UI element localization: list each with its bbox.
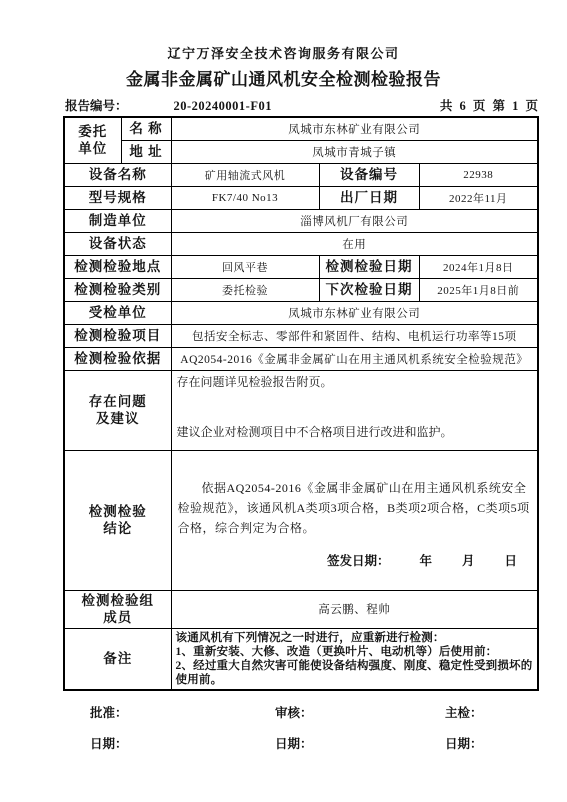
row-model: 型号规格 FK7/40 No13 出厂日期 2022年11月: [64, 186, 538, 209]
approve-date-label: 日期：: [90, 737, 275, 752]
sign-date-row: 签发日期： 年 月 日: [176, 551, 534, 569]
manufacturer-label: 制造单位: [64, 209, 171, 232]
device-name-value: 矿用轴流式风机: [171, 163, 319, 186]
next-date-label: 下次检验日期: [319, 278, 419, 301]
manufacturer-value: 淄博风机厂有限公司: [171, 209, 538, 232]
row-manufacturer: 制造单位 淄博风机厂有限公司: [64, 209, 538, 232]
row-inspection-place: 检测检验地点 回风平巷 检测检验日期 2024年1月8日: [64, 255, 538, 278]
remarks-label: 备注: [64, 628, 171, 690]
name-value: 凤城市东林矿业有限公司: [171, 117, 538, 140]
document-header: 辽宁万泽安全技术咨询服务有限公司 金属非金属矿山通风机安全检测检验报告 报告编号…: [0, 0, 567, 114]
inspected-unit-label: 受检单位: [64, 301, 171, 324]
row-problems: 存在问题 及建议 存在问题详见检验报告附页。 建议企业对检测项目中不合格项目进行…: [64, 370, 538, 450]
signature-footer: 批准： 审核： 主检： 日期： 日期： 日期：: [90, 706, 567, 752]
remarks-line-3: 2、经过重大自然灾害可能使设备结构强度、刚度、稳定性受到损坏的使用前。: [176, 659, 534, 687]
conclusion-text: 依据AQ2054-2016《金属非金属矿山在用主通风机系统安全检验规范》，该通风…: [178, 478, 532, 538]
factory-date-label: 出厂日期: [319, 186, 419, 209]
device-name-label: 设备名称: [64, 163, 171, 186]
company-name: 辽宁万泽安全技术咨询服务有限公司: [0, 46, 567, 62]
team-value: 高云鹏、程帅: [171, 590, 538, 628]
sign-date-label: 签发日期：: [327, 551, 390, 569]
row-team: 检测检验组 成员 高云鹏、程帅: [64, 590, 538, 628]
entrust-unit-label: 委托 单位: [64, 117, 121, 163]
problems-line-1: 存在问题详见检验报告附页。: [174, 375, 536, 390]
approve-label: 批准：: [90, 706, 275, 721]
report-number-value: 20-20240001-F01: [174, 99, 272, 114]
review-label: 审核：: [275, 706, 445, 721]
report-number-label: 报告编号：: [65, 99, 128, 114]
next-date-value: 2025年1月8日前: [419, 278, 538, 301]
row-inspection-items: 检测检验项目 包括安全标志、零部件和紧固件、结构、电机运行功率等15项: [64, 324, 538, 347]
review-date-label: 日期：: [275, 737, 445, 752]
row-conclusion: 检测检验 结论 依据AQ2054-2016《金属非金属矿山在用主通风机系统安全检…: [64, 450, 538, 590]
device-status-value: 在用: [171, 232, 538, 255]
sign-month-label: 月: [462, 551, 475, 569]
problems-value: 存在问题详见检验报告附页。 建议企业对检测项目中不合格项目进行改进和监护。: [171, 370, 538, 450]
inspection-basis-label: 检测检验依据: [64, 347, 171, 370]
inspected-unit-value: 凤城市东林矿业有限公司: [171, 301, 538, 324]
inspection-type-value: 委托检验: [171, 278, 319, 301]
device-no-label: 设备编号: [319, 163, 419, 186]
row-device-name: 设备名称 矿用轴流式风机 设备编号 22938: [64, 163, 538, 186]
report-number-row: 报告编号： 20-20240001-F01 共 6 页 第 1 页: [65, 99, 540, 114]
model-value: FK7/40 No13: [171, 186, 319, 209]
inspection-items-value: 包括安全标志、零部件和紧固件、结构、电机运行功率等15项: [171, 324, 538, 347]
name-label: 名 称: [121, 117, 171, 140]
inspection-report-page: 辽宁万泽安全技术咨询服务有限公司 金属非金属矿山通风机安全检测检验报告 报告编号…: [0, 0, 567, 802]
conclusion-label: 检测检验 结论: [64, 450, 171, 590]
page-count: 共 6 页 第 1 页: [440, 99, 540, 114]
inspection-date-label: 检测检验日期: [319, 255, 419, 278]
sign-day-label: 日: [505, 551, 518, 569]
device-status-label: 设备状态: [64, 232, 171, 255]
inspection-type-label: 检测检验类别: [64, 278, 171, 301]
model-label: 型号规格: [64, 186, 171, 209]
factory-date-value: 2022年11月: [419, 186, 538, 209]
inspection-place-label: 检测检验地点: [64, 255, 171, 278]
row-entrust-name: 委托 单位 名 称 凤城市东林矿业有限公司: [64, 117, 538, 140]
problems-line-2: 建议企业对检测项目中不合格项目进行改进和监护。: [174, 425, 536, 440]
row-inspected-unit: 受检单位 凤城市东林矿业有限公司: [64, 301, 538, 324]
device-no-value: 22938: [419, 163, 538, 186]
problems-label: 存在问题 及建议: [64, 370, 171, 450]
report-table: 委托 单位 名 称 凤城市东林矿业有限公司 地 址 凤城市青城子镇 设备名称 矿…: [63, 116, 539, 691]
inspection-place-value: 回风平巷: [171, 255, 319, 278]
team-label: 检测检验组 成员: [64, 590, 171, 628]
report-title: 金属非金属矿山通风机安全检测检验报告: [0, 69, 567, 91]
remarks-line-1: 该通风机有下列情况之一时进行，应重新进行检测：: [176, 631, 534, 645]
row-device-status: 设备状态 在用: [64, 232, 538, 255]
address-value: 凤城市青城子镇: [171, 140, 538, 163]
row-inspection-basis: 检测检验依据 AQ2054-2016《金属非金属矿山在用主通风机系统安全检验规范…: [64, 347, 538, 370]
row-entrust-address: 地 址 凤城市青城子镇: [64, 140, 538, 163]
row-inspection-type: 检测检验类别 委托检验 下次检验日期 2025年1月8日前: [64, 278, 538, 301]
remarks-line-2: 1、重新安装、大修、改造（更换叶片、电动机等）后使用前：: [176, 645, 534, 659]
remarks-value: 该通风机有下列情况之一时进行，应重新进行检测： 1、重新安装、大修、改造（更换叶…: [171, 628, 538, 690]
sign-year-label: 年: [419, 551, 432, 569]
row-remarks: 备注 该通风机有下列情况之一时进行，应重新进行检测： 1、重新安装、大修、改造（…: [64, 628, 538, 690]
inspection-date-value: 2024年1月8日: [419, 255, 538, 278]
chief-date-label: 日期：: [445, 737, 567, 752]
inspection-basis-value: AQ2054-2016《金属非金属矿山在用主通风机系统安全检验规范》: [171, 347, 538, 370]
chief-label: 主检：: [445, 706, 567, 721]
conclusion-value: 依据AQ2054-2016《金属非金属矿山在用主通风机系统安全检验规范》，该通风…: [171, 450, 538, 590]
address-label: 地 址: [121, 140, 171, 163]
inspection-items-label: 检测检验项目: [64, 324, 171, 347]
